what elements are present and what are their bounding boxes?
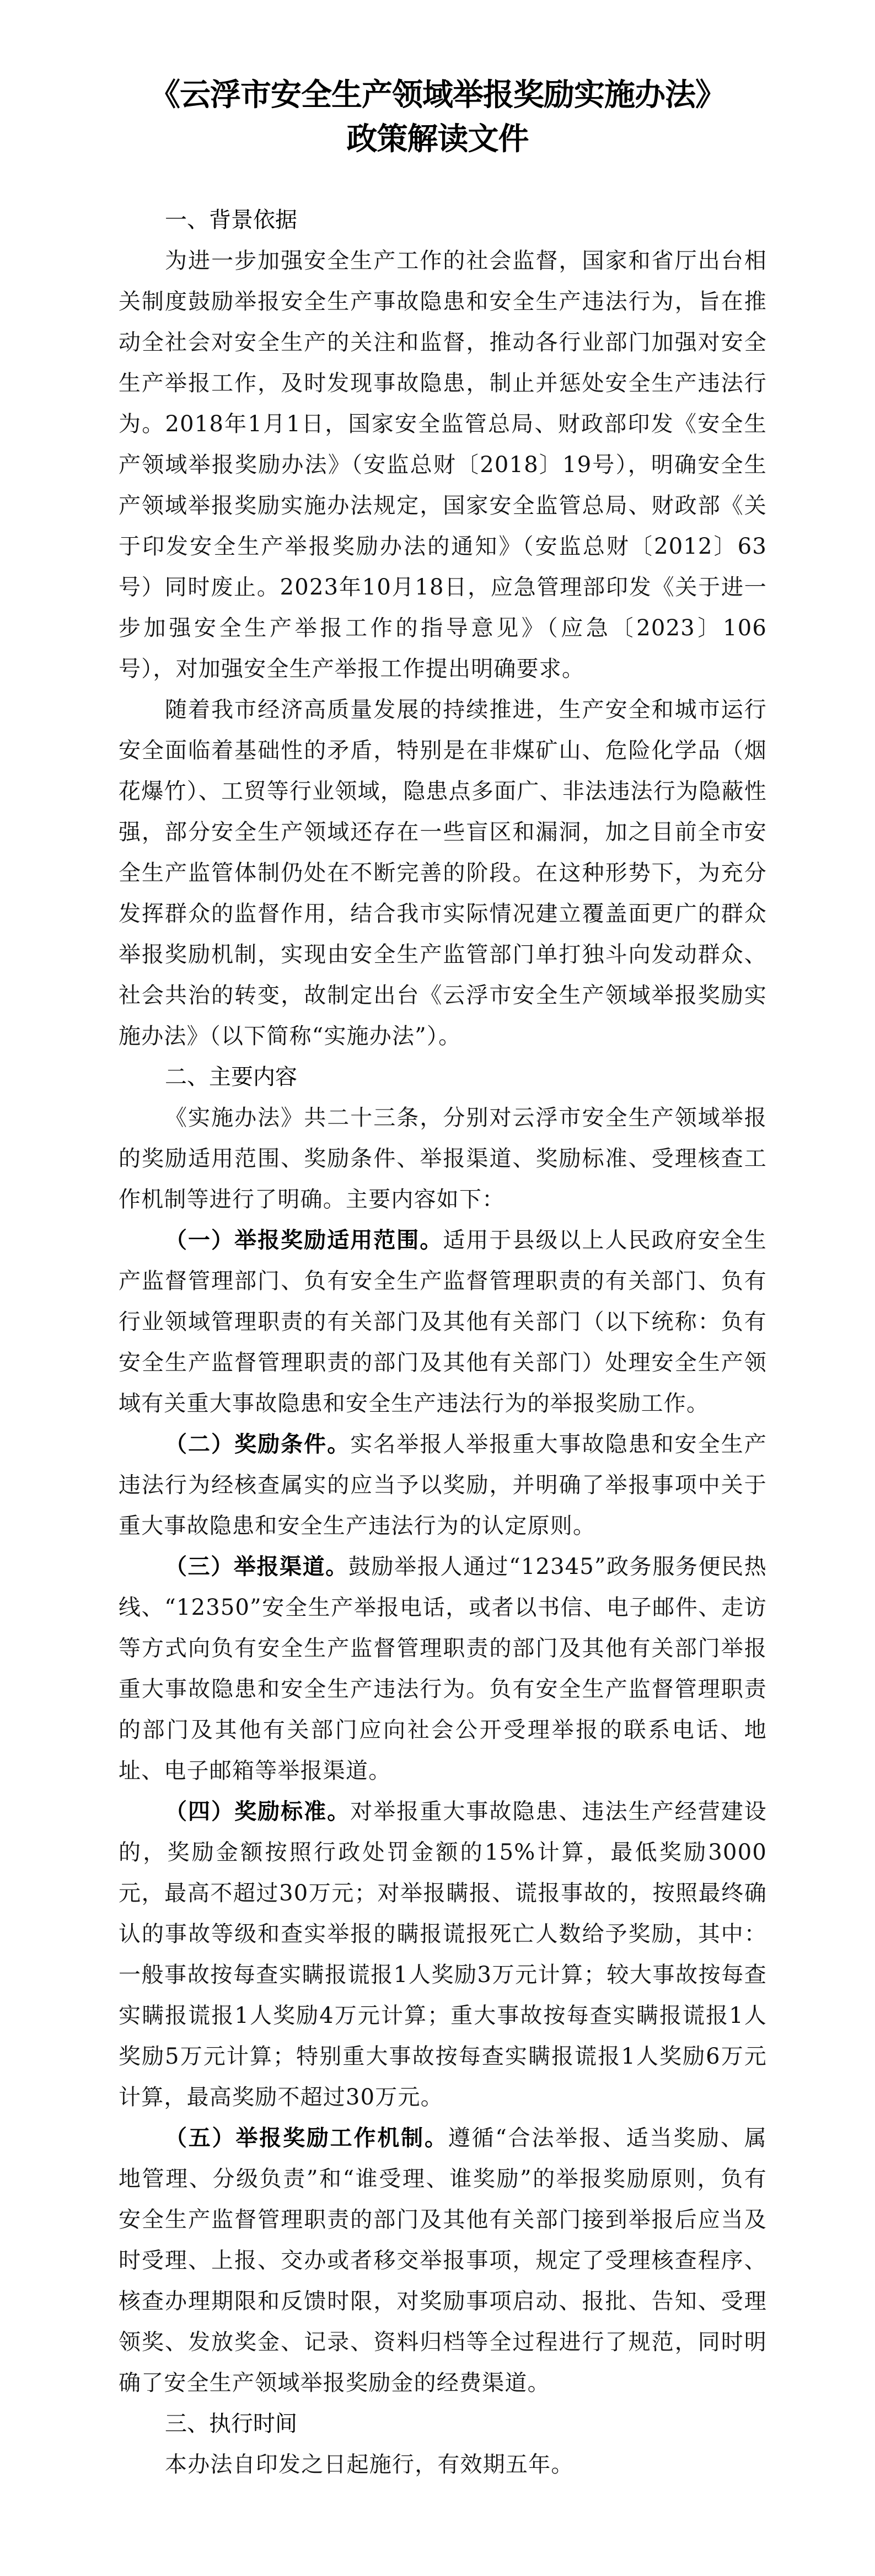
document-body: 一、背景依据 为进一步加强安全生产工作的社会监督，国家和省厅出台相关制度鼓励举报… (119, 200, 767, 2485)
paragraph-lead: （三）举报渠道。 (165, 1554, 348, 1579)
paragraph-channels: （三）举报渠道。鼓励举报人通过“12345”政务服务便民热线、“12350”安全… (119, 1546, 767, 1791)
paragraph-lead: （四）奖励标准。 (165, 1798, 350, 1824)
section-background: 一、背景依据 为进一步加强安全生产工作的社会监督，国家和省厅出台相关制度鼓励举报… (119, 200, 767, 1057)
document-page: 《云浮市安全生产领域举报奖励实施办法》 政策解读文件 一、背景依据 为进一步加强… (0, 0, 875, 2576)
paragraph-text: 遵循“合法举报、适当奖励、属地管理、分级负责”和“谁受理、谁奖励”的举报奖励原则… (119, 2125, 767, 2396)
section-main-content: 二、主要内容 《实施办法》共二十三条，分别对云浮市安全生产领域举报的奖励适用范围… (119, 1057, 767, 2403)
paragraph-text: 本办法自印发之日起施行，有效期五年。 (165, 2452, 574, 2477)
document-title: 《云浮市安全生产领域举报奖励实施办法》 政策解读文件 (0, 73, 875, 161)
paragraph-text: 适用于县级以上人民政府安全生产监督管理部门、负有安全生产监督管理职责的有关部门、… (119, 1228, 767, 1416)
paragraph: 《实施办法》共二十三条，分别对云浮市安全生产领域举报的奖励适用范围、奖励条件、举… (119, 1097, 767, 1220)
paragraph-conditions: （二）奖励条件。实名举报人举报重大事故隐患和安全生产违法行为经核查属实的应当予以… (119, 1424, 767, 1546)
paragraph-lead: （二）奖励条件。 (165, 1431, 350, 1457)
title-line-1: 《云浮市安全生产领域举报奖励实施办法》 (0, 73, 875, 117)
section-heading: 二、主要内容 (119, 1057, 767, 1097)
paragraph-text: 随着我市经济高质量发展的持续推进，生产安全和城市运行安全面临着基础性的矛盾，特别… (119, 697, 767, 1049)
paragraph-lead: （一）举报奖励适用范围。 (165, 1227, 443, 1253)
paragraph-mechanism: （五）举报奖励工作机制。遵循“合法举报、适当奖励、属地管理、分级负责”和“谁受理… (119, 2118, 767, 2403)
section-heading: 三、执行时间 (119, 2403, 767, 2444)
paragraph-scope: （一）举报奖励适用范围。适用于县级以上人民政府安全生产监督管理部门、负有安全生产… (119, 1220, 767, 1424)
paragraph-text: 对举报重大事故隐患、违法生产经营建设的，奖励金额按照行政处罚金额的15%计算，最… (119, 1799, 767, 2110)
title-line-2: 政策解读文件 (0, 117, 875, 161)
paragraph-standards: （四）奖励标准。对举报重大事故隐患、违法生产经营建设的，奖励金额按照行政处罚金额… (119, 1791, 767, 2118)
section-heading: 一、背景依据 (119, 200, 767, 240)
paragraph-text: 为进一步加强安全生产工作的社会监督，国家和省厅出台相关制度鼓励举报安全生产事故隐… (119, 248, 767, 682)
paragraph-lead: （五）举报奖励工作机制。 (165, 2125, 448, 2151)
section-effective-date: 三、执行时间 本办法自印发之日起施行，有效期五年。 (119, 2403, 767, 2485)
paragraph: 随着我市经济高质量发展的持续推进，生产安全和城市运行安全面临着基础性的矛盾，特别… (119, 689, 767, 1057)
paragraph: 本办法自印发之日起施行，有效期五年。 (119, 2444, 767, 2485)
paragraph: 为进一步加强安全生产工作的社会监督，国家和省厅出台相关制度鼓励举报安全生产事故隐… (119, 240, 767, 689)
paragraph-text: 《实施办法》共二十三条，分别对云浮市安全生产领域举报的奖励适用范围、奖励条件、举… (119, 1105, 767, 1212)
paragraph-text: 鼓励举报人通过“12345”政务服务便民热线、“12350”安全生产举报电话，或… (119, 1554, 767, 1784)
